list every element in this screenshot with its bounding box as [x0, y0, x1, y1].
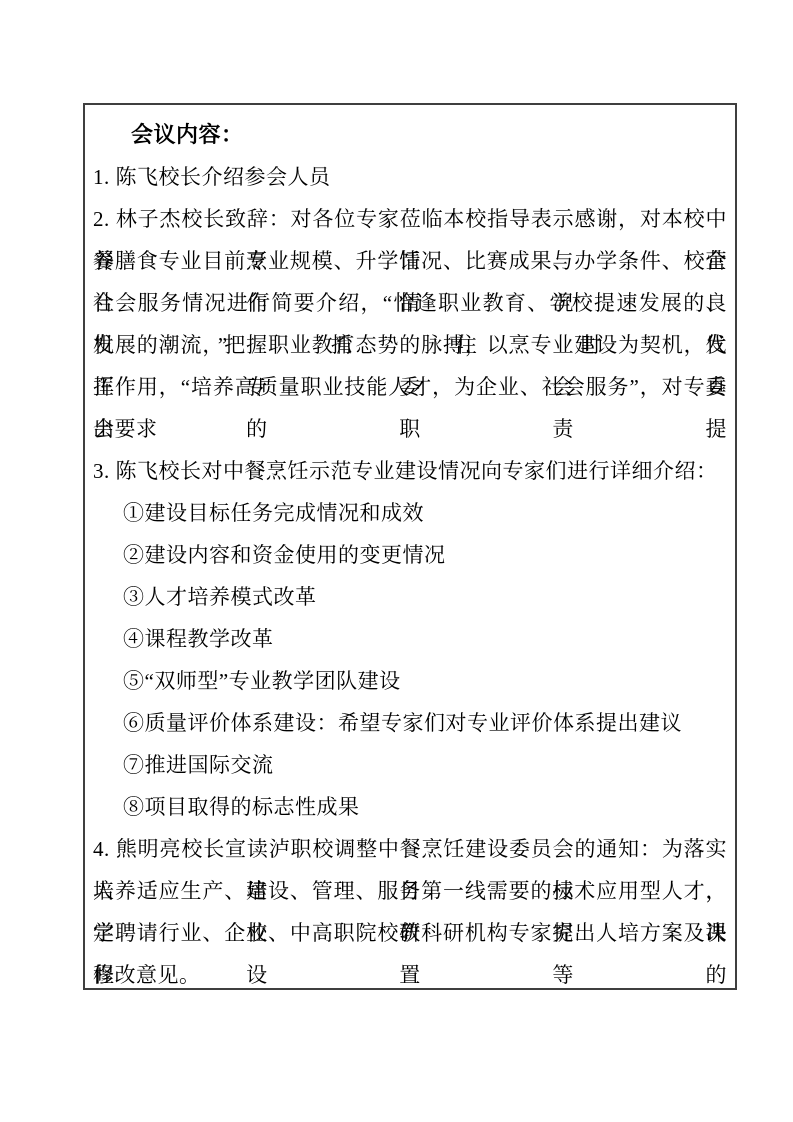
text-line: 3. 陈飞校长对中餐烹饪示范专业建设情况向专家们进行详细介绍： — [93, 450, 727, 492]
text-line: ④课程教学改革 — [93, 618, 727, 660]
text-line: 2. 林子杰校长致辞：对各位专家莅临本校指导表示感谢，对本校中餐烹饪与营 — [93, 198, 727, 240]
text-line: 4. 熊明亮校长宣读泸职校调整中餐烹饪建设委员会的通知：为落实人培目标， — [93, 828, 727, 870]
text-line: ①建设目标任务完成情况和成效 — [93, 492, 727, 534]
section-title: 会议内容： — [93, 114, 727, 156]
page: 会议内容：1. 陈飞校长介绍参会人员2. 林子杰校长致辞：对各位专家莅临本校指导… — [0, 0, 793, 1122]
text-line: ⑦推进国际交流 — [93, 744, 727, 786]
text-line: ⑥质量评价体系建设：希望专家们对专业评价体系提出建议 — [93, 702, 727, 744]
text-line: 1. 陈飞校长介绍参会人员 — [93, 156, 727, 198]
text-line: 培养适应生产、建设、管理、服务第一线需要的技术应用型人才，学校研究决 — [93, 870, 727, 912]
text-line: 社会服务情况进行简要介绍，“恰逢职业教育、学校提速发展的良机”抓住时代 — [93, 282, 727, 324]
text-line: 定聘请行业、企业、中高职院校教科研机构专家提出人培方案及课程设置等的 — [93, 912, 727, 954]
text-line: ⑧项目取得的标志性成果 — [93, 786, 727, 828]
meeting-content-cell: 会议内容：1. 陈飞校长介绍参会人员2. 林子杰校长致辞：对各位专家莅临本校指导… — [83, 103, 737, 990]
document-body: 会议内容：1. 陈飞校长介绍参会人员2. 林子杰校长致辞：对各位专家莅临本校指导… — [93, 114, 727, 990]
text-line: 正作用，“培养高质量职业技能人才，为企业、社会服务”，对专委会的职责提 — [93, 366, 727, 408]
text-line: ②建设内容和资金使用的变更情况 — [93, 534, 727, 576]
text-line: ⑤“双师型”专业教学团队建设 — [93, 660, 727, 702]
text-line: ③人才培养模式改革 — [93, 576, 727, 618]
text-line: 养膳食专业目前专业规模、升学情况、比赛成果、办学条件、校企合作情况、 — [93, 240, 727, 282]
text-line: 发展的潮流，把握职业教育态势的脉搏，以烹专业建设为契机，发挥专委会真 — [93, 324, 727, 366]
